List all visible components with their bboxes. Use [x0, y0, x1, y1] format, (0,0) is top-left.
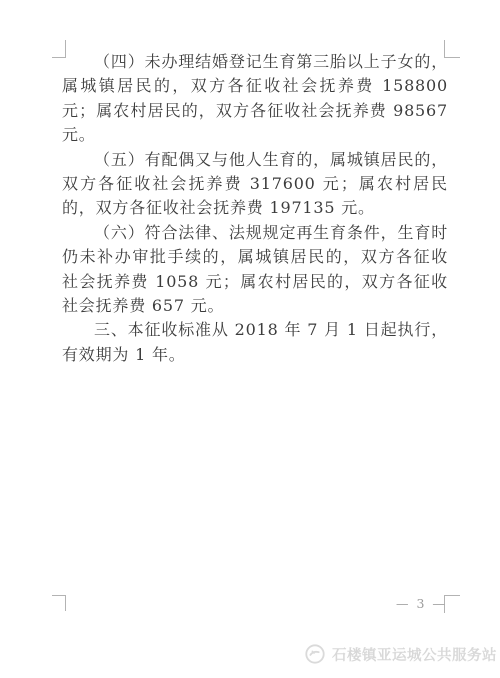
watermark: 石楼镇亚运城公共服务站 [304, 643, 497, 665]
crop-mark-bottom-left [52, 595, 66, 611]
document-body: （四）未办理结婚登记生育第三胎以上子女的，属城镇居民的，双方各征收社会抚养费 1… [62, 50, 448, 367]
paragraph-item-5: （五）有配偶又与他人生育的，属城镇居民的，双方各征收社会抚养费 317600 元… [62, 148, 448, 221]
watermark-text: 石楼镇亚运城公共服务站 [332, 644, 497, 665]
page-number: — 3 — [396, 596, 447, 611]
paragraph-item-4: （四）未办理结婚登记生育第三胎以上子女的，属城镇居民的，双方各征收社会抚养费 1… [62, 50, 448, 148]
document-page: （四）未办理结婚登记生育第三胎以上子女的，属城镇居民的，双方各征收社会抚养费 1… [0, 0, 500, 678]
service-station-emblem-icon [304, 643, 326, 665]
paragraph-item-6: （六）符合法律、法规规定再生育条件，生育时仍未补办审批手续的，属城镇居民的，双方… [62, 221, 448, 319]
paragraph-effective-date: 三、本征收标准从 2018 年 7 月 1 日起执行，有效期为 1 年。 [62, 318, 448, 367]
